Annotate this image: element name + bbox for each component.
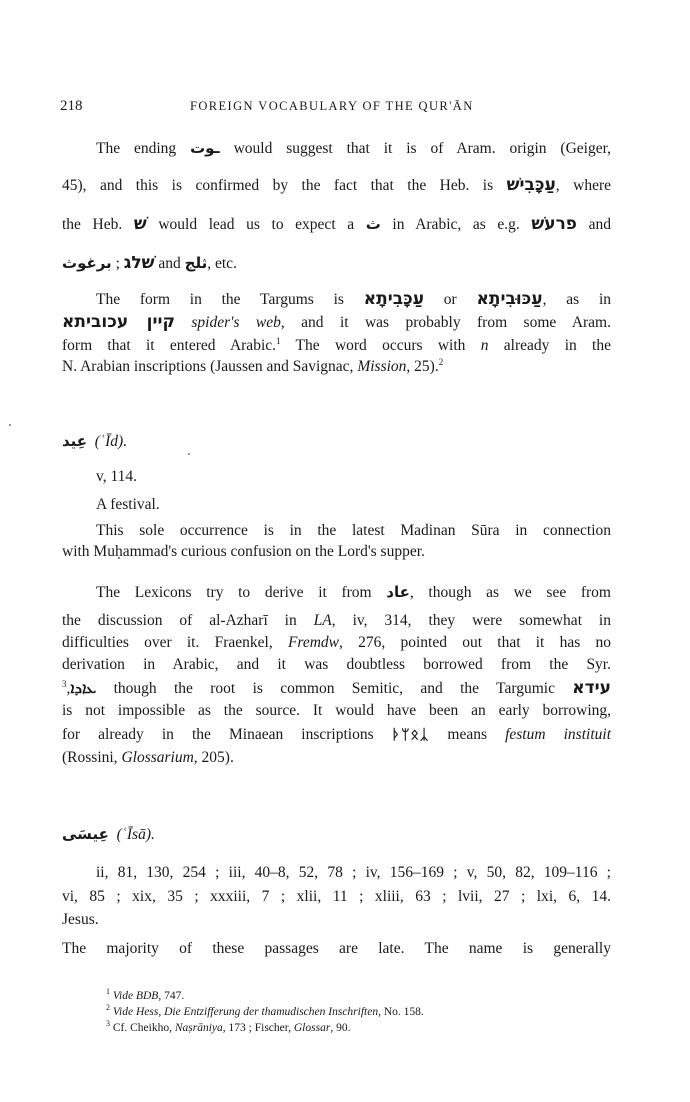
hebrew-word: עידא bbox=[572, 678, 611, 698]
text-line: The ending ـوت would suggest that it is … bbox=[96, 139, 611, 158]
text-line: 45), and this is confirmed by the fact t… bbox=[62, 176, 611, 195]
hebrew-letter: שׁ bbox=[134, 214, 147, 234]
text-line: form that it entered Arabic.1 The word o… bbox=[62, 337, 611, 355]
text-line: the Heb. שׁ would lead us to expect a ث … bbox=[62, 215, 611, 234]
hebrew-word: שׁלג bbox=[124, 253, 155, 273]
text-line: (Rossini, Glossarium, 205). bbox=[62, 749, 234, 767]
book-page: 218 FOREIGN VOCABULARY OF THE QUR'ĀN The… bbox=[0, 0, 690, 1102]
arabic-word: ـوت bbox=[190, 139, 220, 157]
text-line: difficulties over it. Fraenkel, Fremdw, … bbox=[62, 634, 611, 652]
arabic-headword: عِيد bbox=[62, 432, 87, 450]
verse-references: ii, 81, 130, 254 ; iii, 40–8, 52, 78 ; i… bbox=[96, 864, 611, 882]
arabic-word: ثلج bbox=[185, 254, 208, 272]
text-line: derivation in Arabic, and it was doubtle… bbox=[62, 656, 611, 674]
hebrew-word: פרעשׁ bbox=[531, 214, 577, 234]
arabic-headword: عِيسَى bbox=[62, 825, 109, 843]
footnote: 1 Vide BDB, 747. bbox=[106, 990, 184, 1002]
footnote-ref[interactable]: 3 bbox=[62, 679, 67, 689]
syriac-word: ܥܐܕܐ bbox=[70, 679, 96, 697]
verse-references: v, 114. bbox=[96, 468, 137, 486]
hebrew-word: עַכּוּבִיתָא bbox=[476, 289, 542, 309]
scan-speck bbox=[188, 453, 190, 455]
hebrew-phrase: קיין עכוביתא bbox=[62, 312, 175, 332]
transliteration: (ʿĪsā). bbox=[117, 826, 155, 843]
hebrew-word: עַכָּבִיתָא bbox=[364, 289, 424, 309]
running-title: FOREIGN VOCABULARY OF THE QUR'ĀN bbox=[190, 99, 474, 114]
text-line: The form in the Targums is עַכָּבִיתָא o… bbox=[96, 290, 611, 309]
entry-headword: عِيسَى (ʿĪsā). bbox=[62, 825, 155, 844]
text-line: This sole occurrence is in the latest Ma… bbox=[96, 522, 611, 540]
text-line: the discussion of al-Azharī in LA, iv, 3… bbox=[62, 612, 611, 630]
text-line: for already in the Minaean inscriptions … bbox=[62, 726, 611, 744]
text-line: The Lexicons try to derive it from عاد, … bbox=[96, 583, 611, 602]
text-line: The majority of these passages are late.… bbox=[62, 940, 611, 958]
scan-speck bbox=[9, 424, 11, 426]
text-line: برغوث ; שׁלג and ثلج, etc. bbox=[62, 254, 237, 273]
verse-references: vi, 85 ; xix, 35 ; xxxiii, 7 ; xlii, 11 … bbox=[62, 888, 611, 906]
text-line: קיין עכוביתא spider's web, and it was pr… bbox=[62, 313, 611, 332]
transliteration: (ʿĪd). bbox=[95, 433, 127, 450]
footnote: 2 Vide Hess, Die Entzifferung der thamud… bbox=[106, 1006, 424, 1018]
meaning: A festival. bbox=[96, 496, 160, 514]
arabic-letter: ث bbox=[366, 215, 381, 233]
hebrew-word: עַכָּבִישׁ bbox=[507, 175, 556, 195]
footnote-ref[interactable]: 2 bbox=[439, 357, 444, 367]
text-line: ܥܐܕܐ,3 though the root is common Semitic… bbox=[62, 679, 611, 698]
footnote: 3 Cf. Cheikho, Naṣrāniya, 173 ; Fischer,… bbox=[106, 1022, 350, 1034]
arabic-word: عاد bbox=[386, 583, 410, 601]
text-line: is not impossible as the source. It woul… bbox=[62, 702, 611, 720]
south-arabian-word: ᚦᛘᛟᛣ bbox=[392, 727, 430, 743]
text-line: with Muḥammad's curious confusion on the… bbox=[62, 543, 425, 561]
entry-headword: عِيد (ʿĪd). bbox=[62, 432, 127, 451]
page-number: 218 bbox=[60, 98, 83, 115]
text-line: N. Arabian inscriptions (Jaussen and Sav… bbox=[62, 358, 443, 376]
meaning: Jesus. bbox=[62, 911, 99, 929]
arabic-word: برغوث bbox=[62, 254, 112, 272]
